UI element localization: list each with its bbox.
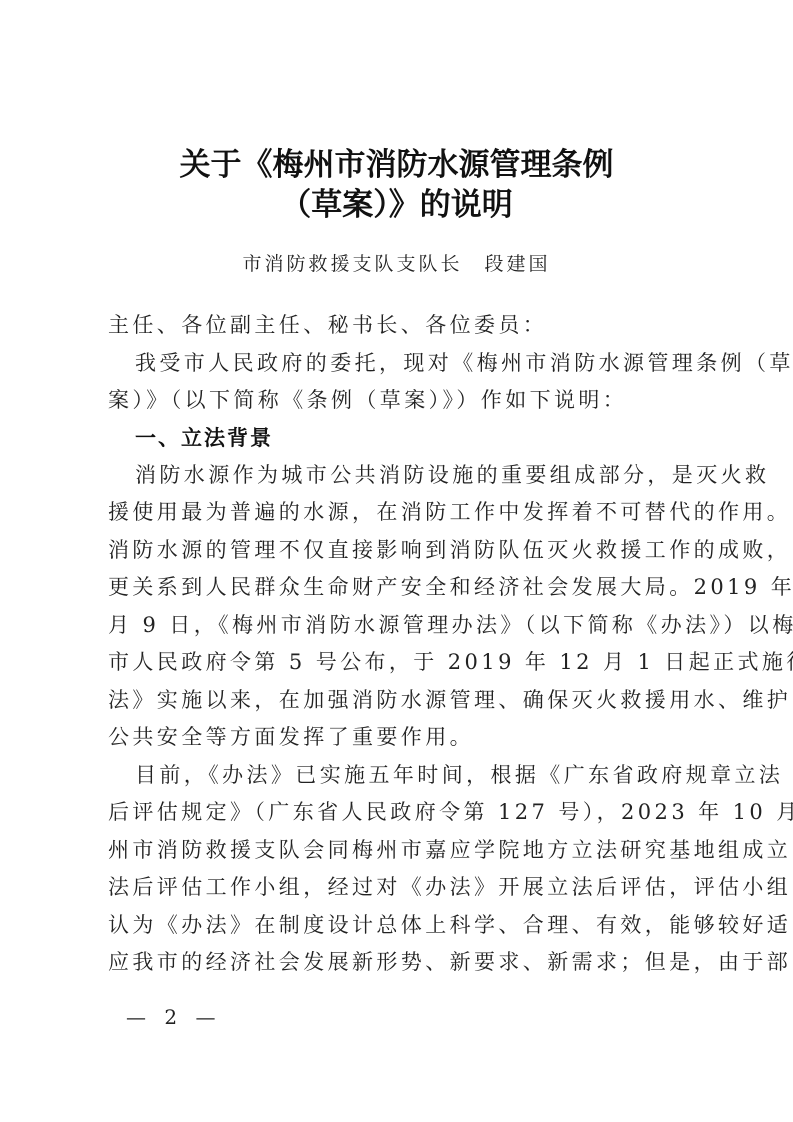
paragraph-line: 州市消防救援支队会同梅州市嘉应学院地方立法研究基地组成立 [108, 836, 698, 864]
paragraph-line: 公共安全等方面发挥了重要作用。 [108, 723, 698, 751]
paragraph-line: 市人民政府令第 5 号公布，于 2019 年 12 月 1 日起正式施行。《办 [108, 648, 698, 676]
paragraph-line: 法后评估工作小组，经过对《办法》开展立法后评估，评估小组 [108, 873, 698, 901]
paragraph-line: 月 9 日，《梅州市消防水源管理办法》（以下简称《办法》）以梅州 [108, 611, 698, 639]
paragraph-line: 更关系到人民群众生命财产安全和经济社会发展大局。2019 年 10 [108, 573, 698, 601]
paragraph-line: 法》实施以来，在加强消防水源管理、确保灭火救援用水、维护 [108, 686, 698, 714]
paragraph-line: 后评估规定》（广东省人民政府令第 127 号），2023 年 10 月，梅 [108, 798, 698, 826]
page-number: — 2 — [126, 1005, 221, 1029]
document-title-line-2: （草案）》的说明 [0, 184, 793, 226]
author-line: 市消防救援支队支队长 段建国 [0, 249, 793, 276]
paragraph-line: 消防水源的管理不仅直接影响到消防队伍灭火救援工作的成败， [108, 536, 698, 564]
paragraph-line: 认为《办法》在制度设计总体上科学、合理、有效，能够较好适 [108, 911, 698, 939]
paragraph-line: 应我市的经济社会发展新形势、新要求、新需求；但是，由于部 [108, 948, 698, 976]
intro-line: 我受市人民政府的委托，现对《梅州市消防水源管理条例（草 [135, 349, 698, 377]
document-title-line-1: 关于《梅州市消防水源管理条例 [0, 144, 793, 186]
salutation: 主任、各位副主任、秘书长、各位委员： [108, 311, 698, 339]
paragraph-line: 援使用最为普遍的水源，在消防工作中发挥着不可替代的作用。 [108, 498, 698, 526]
intro-line: 案）》（以下简称《条例（草案）》）作如下说明： [108, 386, 698, 414]
section-heading: 一、立法背景 [135, 424, 698, 452]
paragraph-line: 目前，《办法》已实施五年时间，根据《广东省政府规章立法 [135, 761, 698, 789]
paragraph-line: 消防水源作为城市公共消防设施的重要组成部分，是灭火救 [135, 461, 698, 489]
